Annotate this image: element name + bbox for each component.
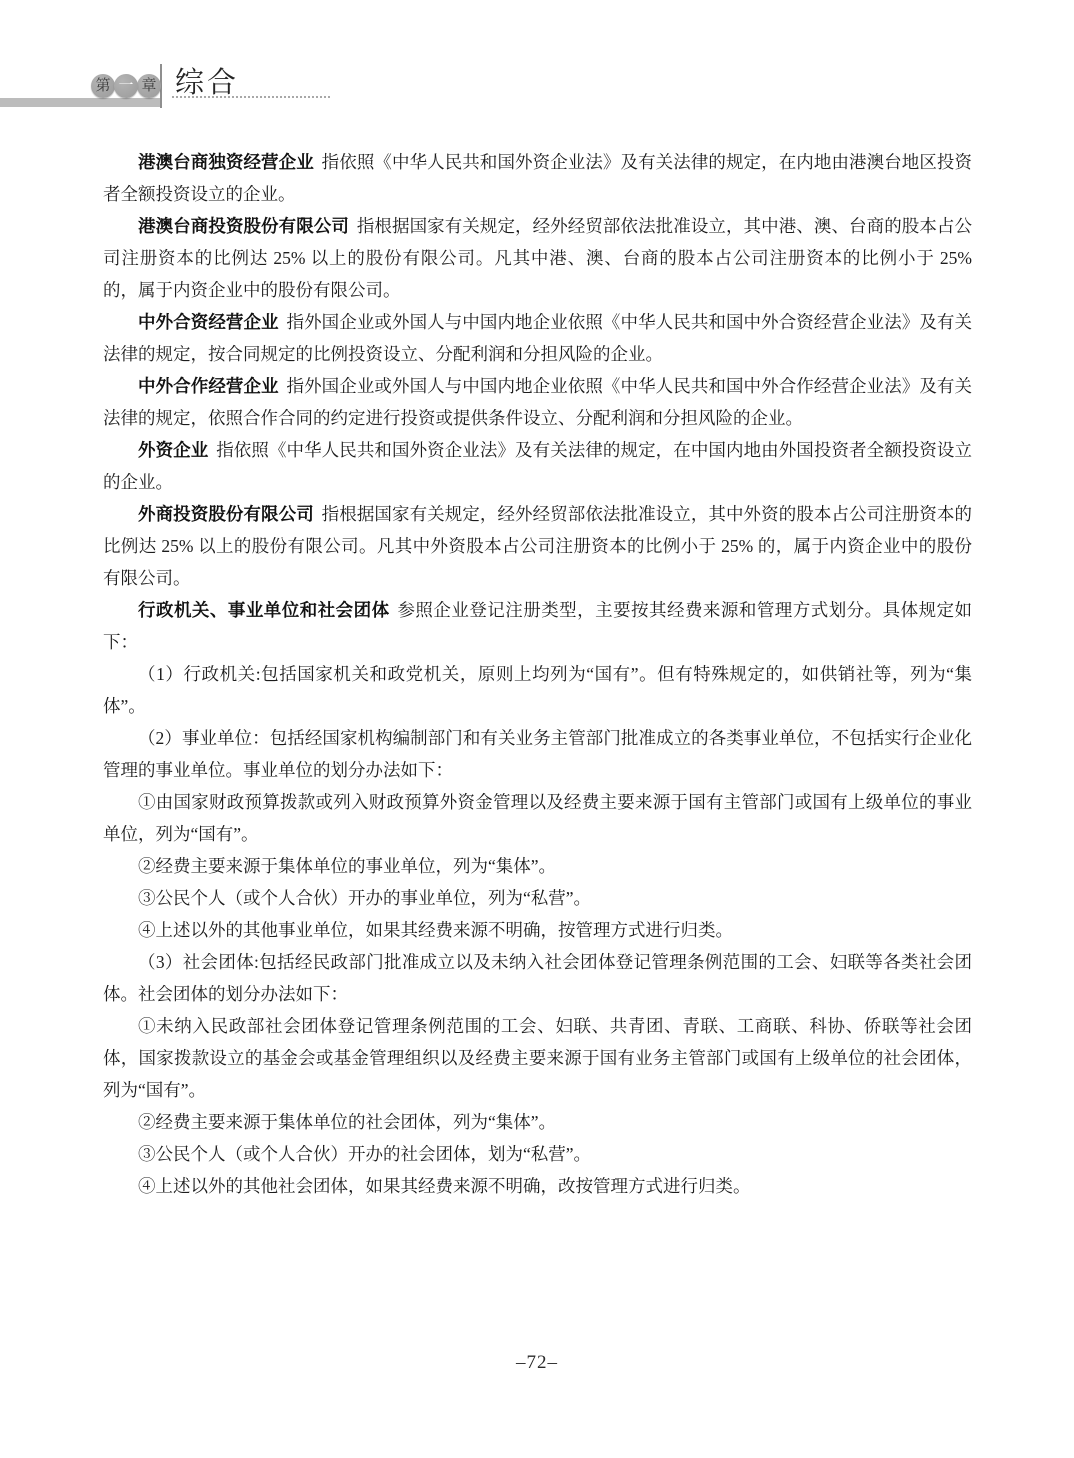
definition-term: 中外合作经营企业 bbox=[138, 376, 279, 396]
definition-term: 外资企业 bbox=[138, 440, 208, 460]
paragraph-sub-item: ④上述以外的其他社会团体，如果其经费来源不明确，改按管理方式进行归类。 bbox=[103, 1170, 972, 1202]
sub-item-text: ①未纳入民政部社会团体登记管理条例范围的工会、妇联、共青团、青联、工商联、科协、… bbox=[103, 1016, 972, 1100]
paragraph-sub-item: ①未纳入民政部社会团体登记管理条例范围的工会、妇联、共青团、青联、工商联、科协、… bbox=[103, 1010, 972, 1106]
page-footer: –72– bbox=[0, 1352, 1074, 1374]
paragraph-definition: 中外合资经营企业指外国企业或外国人与中国内地企业依照《中华人民共和国中外合资经营… bbox=[103, 306, 972, 370]
paragraph-sub-item: ②经费主要来源于集体单位的社会团体，列为“集体”。 bbox=[103, 1106, 972, 1138]
header-gray-bar bbox=[0, 98, 161, 107]
sub-item-text: ③公民个人（或个人合伙）开办的社会团体，划为“私营”。 bbox=[138, 1144, 591, 1164]
paragraph-list-item: （3）社会团体:包括经民政部门批准成立以及未纳入社会团体登记管理条例范围的工会、… bbox=[103, 946, 972, 1010]
paragraph-definition: 行政机关、事业单位和社会团体参照企业登记注册类型，主要按其经费来源和管理方式划分… bbox=[103, 594, 972, 658]
sub-item-text: ②经费主要来源于集体单位的社会团体，列为“集体”。 bbox=[138, 1112, 556, 1132]
list-item-text: （3）社会团体:包括经民政部门批准成立以及未纳入社会团体登记管理条例范围的工会、… bbox=[103, 952, 972, 1004]
document-body: 港澳台商独资经营企业指依照《中华人民共和国外资企业法》及有关法律的规定，在内地由… bbox=[103, 146, 972, 1202]
definition-term: 行政机关、事业单位和社会团体 bbox=[138, 600, 390, 620]
paragraph-definition: 港澳台商独资经营企业指依照《中华人民共和国外资企业法》及有关法律的规定，在内地由… bbox=[103, 146, 972, 210]
paragraph-list-item: （2）事业单位：包括经国家机构编制部门和有关业务主管部门批准成立的各类事业单位，… bbox=[103, 722, 972, 786]
sub-item-text: ①由国家财政预算拨款或列入财政预算外资金管理以及经费主要来源于国有主管部门或国有… bbox=[103, 792, 972, 844]
definition-term: 港澳台商独资经营企业 bbox=[138, 152, 314, 172]
list-item-text: （1）行政机关:包括国家机关和政党机关，原则上均列为“国有”。但有特殊规定的，如… bbox=[103, 664, 972, 716]
definition-term: 中外合资经营企业 bbox=[138, 312, 279, 332]
sub-item-text: ④上述以外的其他社会团体，如果其经费来源不明确，改按管理方式进行归类。 bbox=[138, 1176, 751, 1196]
chapter-badge-char-2: 一 bbox=[114, 74, 138, 98]
chapter-badge-char-3: 章 bbox=[137, 74, 161, 98]
paragraph-list-item: （1）行政机关:包括国家机关和政党机关，原则上均列为“国有”。但有特殊规定的，如… bbox=[103, 658, 972, 722]
chapter-badge: 第 一 章 bbox=[91, 74, 162, 98]
title-dotted-rule bbox=[172, 96, 330, 98]
paragraph-sub-item: ③公民个人（或个人合伙）开办的事业单位，列为“私营”。 bbox=[103, 882, 972, 914]
sub-item-text: ③公民个人（或个人合伙）开办的事业单位，列为“私营”。 bbox=[138, 888, 591, 908]
paragraph-definition: 中外合作经营企业指外国企业或外国人与中国内地企业依照《中华人民共和国中外合作经营… bbox=[103, 370, 972, 434]
sub-item-text: ④上述以外的其他事业单位，如果其经费来源不明确，按管理方式进行归类。 bbox=[138, 920, 733, 940]
page-number: –72– bbox=[516, 1352, 558, 1373]
paragraph-definition: 外商投资股份有限公司指根据国家有关规定，经外经贸部依法批准设立，其中外资的股本占… bbox=[103, 498, 972, 594]
definition-term: 港澳台商投资股份有限公司 bbox=[138, 216, 349, 236]
paragraph-sub-item: ②经费主要来源于集体单位的事业单位，列为“集体”。 bbox=[103, 850, 972, 882]
paragraph-sub-item: ①由国家财政预算拨款或列入财政预算外资金管理以及经费主要来源于国有主管部门或国有… bbox=[103, 786, 972, 850]
paragraph-definition: 港澳台商投资股份有限公司指根据国家有关规定，经外经贸部依法批准设立，其中港、澳、… bbox=[103, 210, 972, 306]
section-title: 综合 bbox=[175, 60, 239, 101]
sub-item-text: ②经费主要来源于集体单位的事业单位，列为“集体”。 bbox=[138, 856, 556, 876]
paragraph-sub-item: ④上述以外的其他事业单位，如果其经费来源不明确，按管理方式进行归类。 bbox=[103, 914, 972, 946]
chapter-badge-char-1: 第 bbox=[91, 74, 115, 98]
definition-text: 指依照《中华人民共和国外资企业法》及有关法律的规定，在中国内地由外国投资者全额投… bbox=[103, 440, 972, 492]
paragraph-definition: 外资企业指依照《中华人民共和国外资企业法》及有关法律的规定，在中国内地由外国投资… bbox=[103, 434, 972, 498]
document-page: 第 一 章 综合 港澳台商独资经营企业指依照《中华人民共和国外资企业法》及有关法… bbox=[0, 0, 1074, 1458]
list-item-text: （2）事业单位：包括经国家机构编制部门和有关业务主管部门批准成立的各类事业单位，… bbox=[103, 728, 972, 780]
definition-term: 外商投资股份有限公司 bbox=[138, 504, 314, 524]
paragraph-sub-item: ③公民个人（或个人合伙）开办的社会团体，划为“私营”。 bbox=[103, 1138, 972, 1170]
